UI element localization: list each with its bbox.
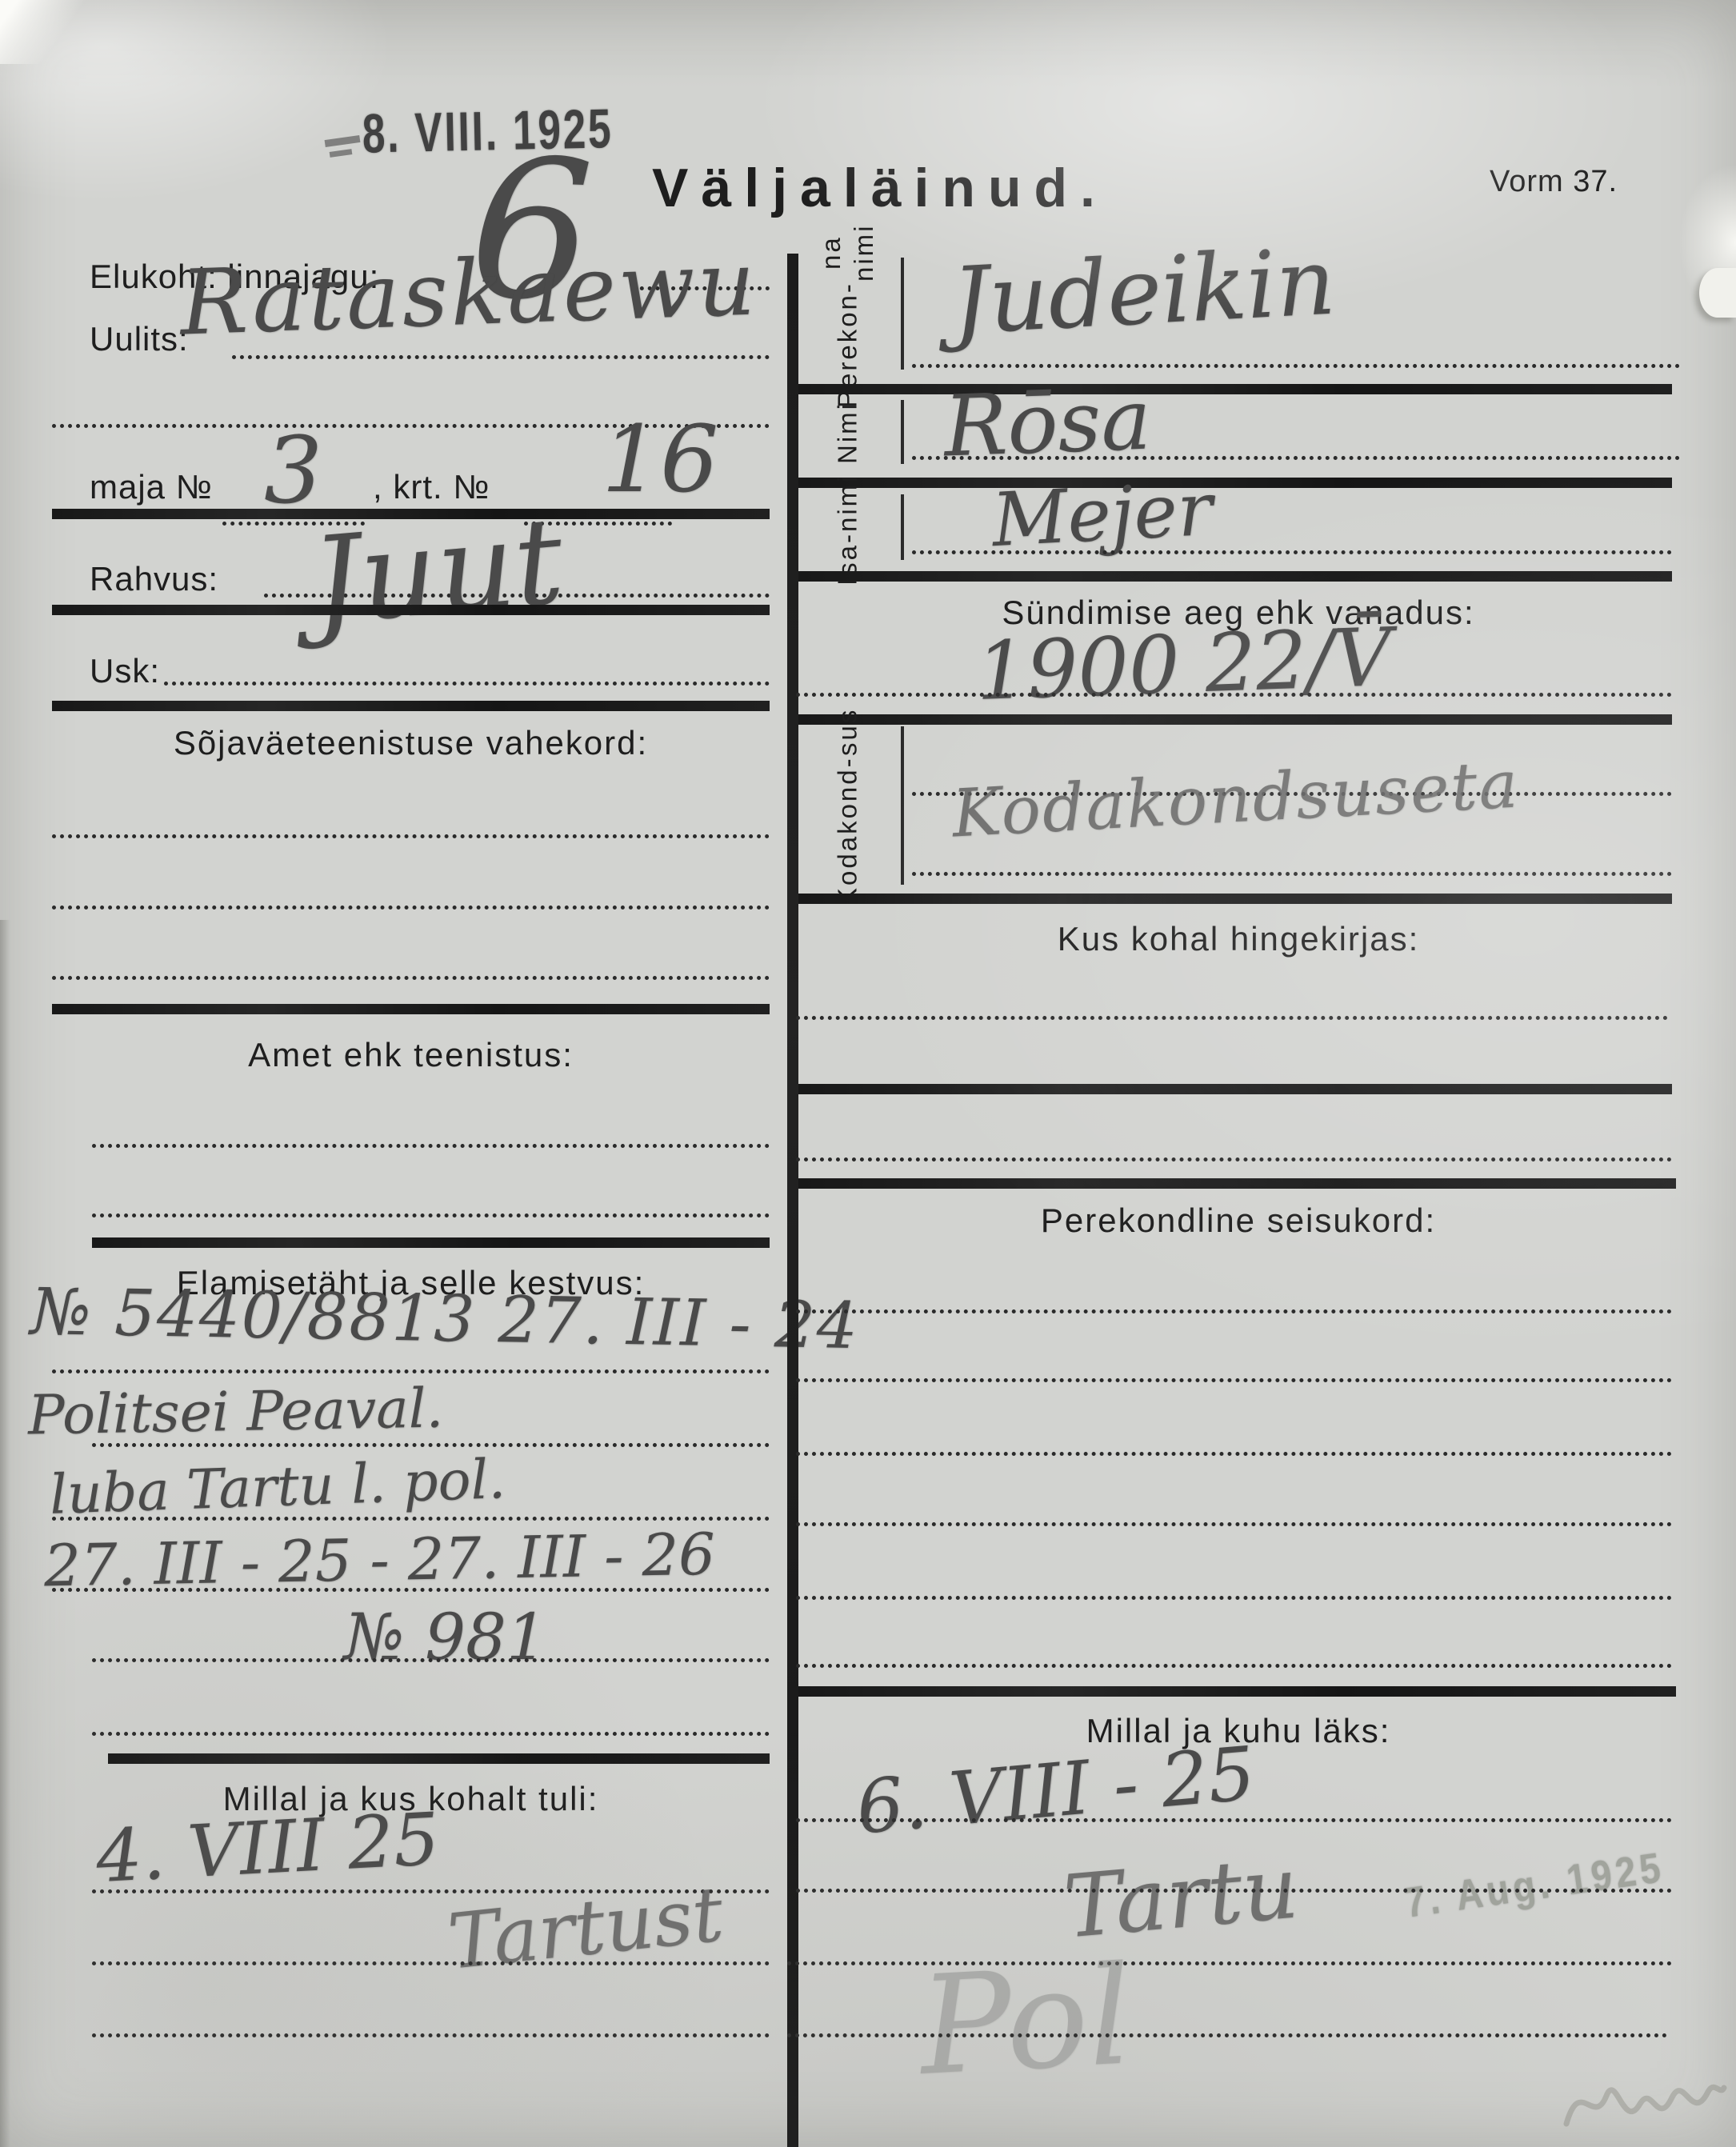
stamp-ink-smudge [325,135,361,147]
ruled-line [92,1213,770,1217]
departure-date-stamp: 7. Aug. 1925 [1402,1842,1667,1928]
section-divider-bar [92,1237,770,1248]
ruled-line [232,355,770,359]
perekonnanimi-handwritten-value: Judeikin [950,229,1338,356]
ruled-line [52,834,770,838]
ruled-line [92,1961,770,1965]
section-divider-bar [52,701,770,711]
elamisetaht-handwritten-line: Politsei Peaval. [27,1377,443,1447]
form-number: Vorm 37. [1490,165,1618,199]
paper-edge-shadow [0,920,10,2147]
ruled-line [52,1369,770,1373]
ruled-line [912,872,1672,876]
ruled-line [796,1522,1672,1526]
ruled-line [912,456,1680,460]
section-divider-bar [52,1004,770,1014]
ruled-line [796,1378,1672,1382]
section-divider-bar [798,478,1672,488]
ruled-line [52,1517,770,1521]
amet-heading: Amet ehk teenistus: [52,1036,770,1074]
nimi-label: Nimi [798,398,896,468]
ruled-line [796,1596,1672,1600]
uulits-label: Uulits: [90,320,189,358]
ruled-line [912,364,1680,368]
label-separator-line [901,726,904,885]
kodakondsus-label-line1: Kodakond- [830,756,863,906]
label-separator-line [901,258,904,370]
section-divider-bar [798,1178,1676,1189]
ruled-line [92,1658,770,1662]
kodakondsus-label-line2: sus [830,708,863,756]
elamisetaht-handwritten-line: № 5440/8813 27. III - 24 [30,1274,859,1363]
ruled-line [92,2033,770,2037]
hingekirjas-heading: Kus kohal hingekirjas: [798,920,1678,958]
isanimi-label-line2: nimi [830,474,863,532]
ruled-line [796,1452,1672,1456]
rahvus-label: Rahvus: [90,560,218,598]
column-divider [787,254,798,2147]
ruled-line [787,2033,1667,2037]
sojavaeteenistus-heading: Sõjaväeteenistuse vahekord: [52,724,770,762]
tuli-date-handwritten: 4. VIII 25 [94,1797,442,1899]
ruled-line [92,1732,770,1736]
section-divider-bar [798,894,1672,904]
section-divider-bar [798,714,1672,725]
rahvus-handwritten-value: Juut [306,492,569,653]
uulits-handwritten-value: Rataskaewu [178,231,759,355]
korter-nr-handwritten-value: 16 [602,406,718,514]
section-divider-bar [108,1753,770,1764]
perekonnanimi-label-line2: na nimi [814,223,881,282]
isanimi-handwritten-value: Mejer [990,466,1214,563]
usk-label: Usk: [90,652,160,690]
stamp-ink-smudge [330,149,353,158]
ruled-line [796,1309,1672,1313]
ruled-line [52,906,770,910]
ruled-line [92,1144,770,1148]
seisukord-heading: Perekondline seisukord: [798,1201,1678,1240]
registration-card-scan: 8. VIII. 1925 Väljaläinud. Vorm 37. Eluk… [0,0,1736,2147]
paper-nick-right-edge [1699,268,1736,318]
faint-signature [1560,2048,1728,2147]
section-divider-bar [798,571,1672,582]
perekonnanimi-label: Perekon- na nimi [798,258,896,374]
section-divider-bar [798,1686,1676,1697]
section-divider-bar [52,605,770,615]
ruled-line [796,1664,1672,1668]
tuli-place-handwritten: Tartust [444,1870,727,1986]
kodakondsus-handwritten-value: Kodakondsuseta [950,746,1522,852]
paper-corner-fold [0,0,104,64]
page-title: Väljaläinud. [560,157,1200,219]
paper-tear-right-edge [1644,156,1736,348]
ruled-line [796,693,1672,697]
laks-note-handwritten: Pol [916,1937,1135,2106]
ruled-line [912,550,1672,554]
ruled-line [52,1588,770,1592]
ruled-line [164,682,770,686]
isanimi-label: Isa- nimi [798,492,896,567]
kodakondsus-label: Kodakond- sus [798,724,896,890]
ruled-line [796,1157,1672,1161]
nimi-label-text: Nimi [830,402,863,464]
sundimise-handwritten-value: 1900 22/V̄ [974,610,1393,718]
elamisetaht-handwritten-line: luba Tartu l. pol. [49,1448,506,1527]
ruled-line [796,1889,1672,1893]
section-divider-bar [798,1084,1672,1094]
maja-nr-label: maja № [90,468,213,506]
label-separator-line [901,400,904,464]
ruled-line [796,1818,1672,1822]
ruled-line [796,1016,1668,1020]
label-separator-line [901,494,904,560]
ruled-line [52,976,770,980]
section-divider-bar [798,384,1672,394]
ruled-line [92,1443,770,1447]
elamisetaht-handwritten-line: № 981 [344,1600,547,1674]
